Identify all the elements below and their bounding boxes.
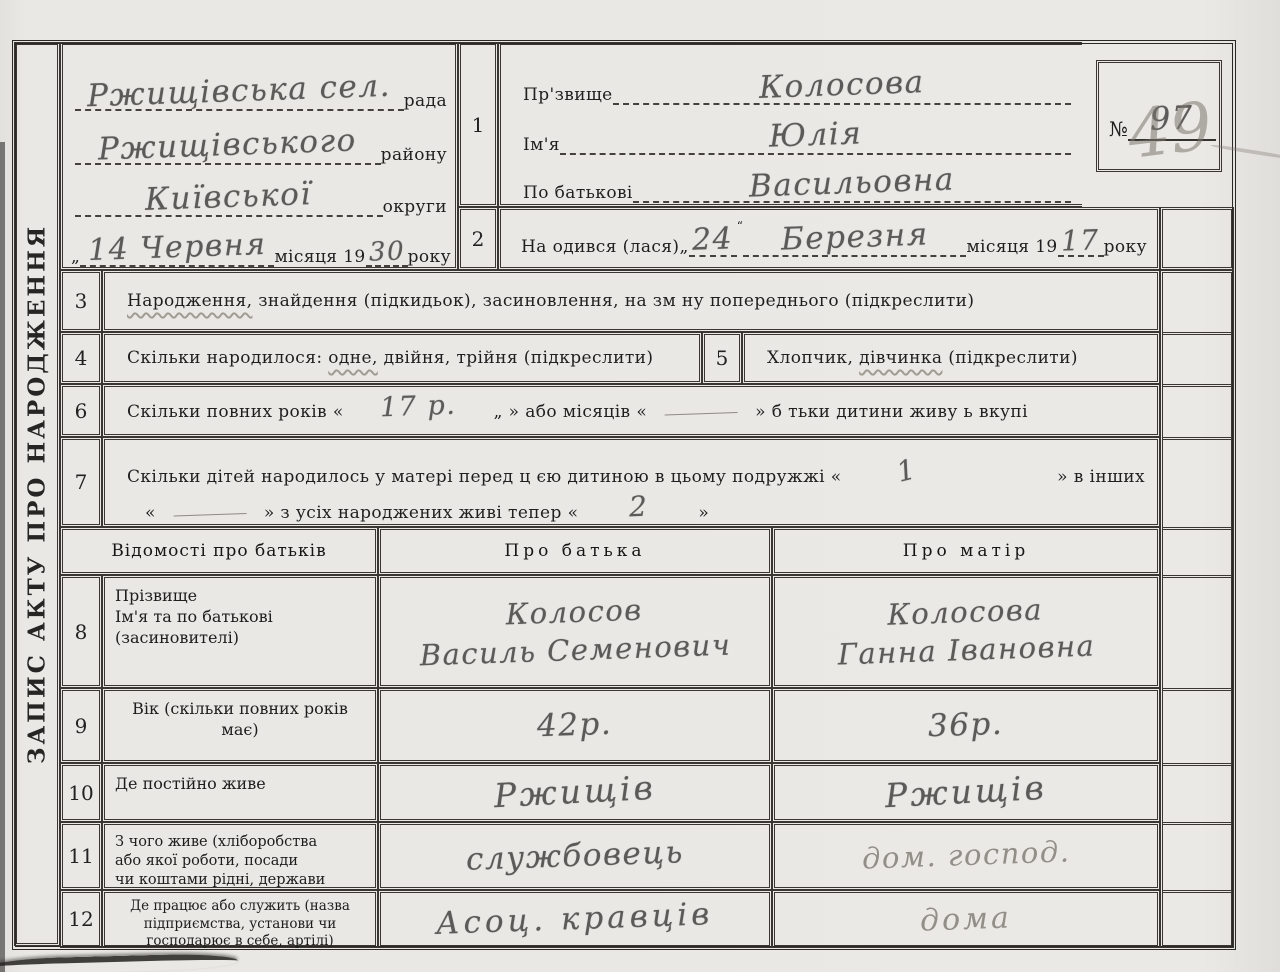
how-many-born-underlined: одне,: [328, 348, 378, 368]
occupation-label: З чого живе (хліборобства або якої робот…: [102, 822, 378, 890]
row-number-3: 3: [60, 270, 102, 332]
council-name-line: Ржищівська сел.: [75, 73, 404, 111]
birth-day-blank: 24: [689, 225, 737, 257]
birth-record-sheet: ЗАПИС АКТУ ПРО НАРОДЖЕННЯ Ржищівська сел…: [0, 0, 1280, 972]
birth-date-row: На одився (лася) „ 24 “ Березня місяця 1…: [498, 207, 1160, 270]
council-name-handwriting: Ржищівська сел.: [87, 68, 392, 115]
row-number-8: 8: [60, 575, 102, 688]
mother-workplace-handwriting: дома: [919, 898, 1012, 940]
birth-type-row: Народження, знайдення (підкидьок), засин…: [102, 270, 1160, 332]
row-number-2: 2: [458, 207, 498, 270]
mother-residence-cell: Ржищів: [772, 763, 1160, 822]
parents-name-label: Прізвище Ім'я та по батькові (засиновите…: [102, 575, 378, 688]
surname-field: Пр'звище Колосова: [523, 59, 1071, 105]
month-19-label: місяця 19: [274, 247, 365, 267]
birth-month-line: Березня: [743, 219, 966, 257]
row-number-2-text: 2: [472, 227, 485, 251]
birth-type-text: Народження, знайдення (підкидьок), засин…: [127, 291, 974, 311]
district-label: району: [381, 145, 447, 165]
record-date-handwriting: 14 Червня: [88, 227, 268, 268]
prev-value3-handwriting: 2: [628, 490, 648, 524]
father-age-handwriting: 42р.: [537, 704, 614, 747]
birth-month-handwriting: Березня: [780, 216, 929, 257]
okruga-label: округи: [383, 197, 447, 217]
firstname-label: Ім'я: [523, 135, 560, 155]
row-number-11-text: 11: [68, 844, 93, 868]
row-number-3-text: 3: [75, 289, 88, 313]
years-part2: „ » або місяців «: [494, 402, 647, 422]
row-number-4-text: 4: [75, 346, 88, 370]
scan-edge-shadow: [0, 142, 5, 972]
prev-part2: » в інших: [1057, 467, 1145, 487]
ink-smudge: [0, 953, 238, 972]
row-number-6: 6: [60, 384, 102, 437]
grid-line: [1163, 575, 1231, 578]
father-age-cell: 42р.: [378, 688, 772, 763]
mother-age-cell: 36р.: [772, 688, 1160, 763]
age-label: Вік (скільки повних років має): [102, 688, 378, 763]
surname-line: Колосова: [613, 67, 1071, 105]
father-column-header: Про батька: [378, 527, 772, 575]
grid-line: [1163, 890, 1231, 893]
okruga-name-handwriting: Київської: [145, 176, 313, 218]
year-blank: 30: [366, 239, 408, 267]
firstname-line: Юлія: [560, 117, 1071, 155]
row-number-11: 11: [60, 822, 102, 890]
birth-date-line: На одився (лася) „ 24 “ Березня місяця 1…: [521, 219, 1147, 257]
record-date-line: 14 Червня: [80, 230, 274, 267]
row-number-5-text: 5: [716, 346, 729, 370]
father-occupation-cell: службовець: [378, 822, 772, 890]
prev-part5: »: [698, 503, 709, 523]
record-number-region: № 97 49: [1082, 42, 1234, 207]
prev-value1-handwriting: 1: [893, 452, 920, 489]
how-many-born-rest: двійня, трійня (підкреслити): [378, 348, 654, 368]
pencil-number-note: 49: [1124, 87, 1217, 174]
child-name-section: Пр'звище Колосова Ім'я Юлія По батькові …: [498, 42, 1082, 207]
years-blank: 17 р.: [344, 391, 494, 422]
number-sign-label: №: [1109, 117, 1128, 141]
mother-name-handwriting: Колосова Ганна Івановна: [836, 589, 1096, 673]
sex-text: Хлопчик, дівчинка (підкреслити): [767, 348, 1078, 368]
father-name-handwriting: Колосов Василь Семенович: [418, 588, 732, 674]
rada-label: рада: [404, 91, 447, 111]
row-number-1: 1: [458, 42, 498, 207]
row-number-7: 7: [60, 437, 102, 527]
mother-workplace-cell: дома: [772, 890, 1160, 948]
sex-underlined: дівчинка: [859, 348, 942, 368]
row-number-7-text: 7: [75, 470, 88, 494]
registration-line-okruga: Київської округи: [75, 167, 447, 217]
parents-info-header: Відомості про батьків: [60, 527, 378, 575]
father-name-cell: Колосов Василь Семенович: [378, 575, 772, 688]
parents-years-together-row: Скільки повних років « 17 р. „ » або міс…: [102, 384, 1160, 437]
born-label: На одився (лася): [521, 237, 679, 257]
row-number-12: 12: [60, 890, 102, 948]
prev-part4: » з усіх народжених живі тепер «: [264, 503, 579, 523]
page-title: ЗАПИС АКТУ ПРО НАРОДЖЕННЯ: [24, 224, 51, 764]
patronymic-label: По батькові: [523, 183, 633, 203]
row-number-1-text: 1: [472, 113, 485, 137]
row-number-12-text: 12: [68, 907, 93, 931]
mother-occupation-cell: дом. господ.: [772, 822, 1160, 890]
row-number-10: 10: [60, 763, 102, 822]
father-workplace-handwriting: Асоц. кравців: [436, 894, 715, 944]
workplace-label: Де працює або служить (назва підприємств…: [102, 890, 378, 948]
sex-prefix: Хлопчик,: [767, 348, 859, 368]
patronymic-line: Васильовна: [633, 165, 1071, 203]
prev-part1: Скільки дітей народилось у матері перед …: [127, 467, 842, 487]
mother-column-header: Про матір: [772, 527, 1160, 575]
previous-children-line1: Скільки дітей народилось у матері перед …: [127, 454, 1145, 487]
birth-type-underlined: Народження,: [127, 291, 252, 311]
previous-children-line2: « — » з усіх народжених живі тепер « 2 »: [145, 490, 1145, 523]
mother-age-handwriting: 36р.: [928, 704, 1005, 747]
surname-handwriting: Колосова: [758, 64, 925, 106]
surname-label: Пр'звище: [523, 85, 613, 105]
birth-month-19-label: місяця 19: [966, 237, 1057, 257]
grid-line: [1163, 332, 1231, 335]
how-many-born-text: Скільки народилося: одне, двійня, трійня…: [127, 348, 653, 368]
sex-rest: (підкреслити): [942, 348, 1077, 368]
open-quote: „: [71, 247, 80, 267]
row-number-6-text: 6: [75, 399, 88, 423]
firstname-field: Ім'я Юлія: [523, 109, 1071, 155]
father-occupation-handwriting: службовець: [465, 832, 684, 880]
row-number-10-text: 10: [68, 781, 93, 805]
firstname-handwriting: Юлія: [768, 115, 862, 154]
patronymic-field: По батькові Васильовна: [523, 157, 1071, 203]
mother-occupation-handwriting: дом. господ.: [861, 834, 1071, 879]
grid-line: [1163, 763, 1231, 766]
residence-label: Де постійно живе: [102, 763, 378, 822]
birth-year-blank: 17: [1058, 227, 1104, 257]
previous-children-row: Скільки дітей народилось у матері перед …: [102, 437, 1160, 527]
row-number-8-text: 8: [75, 620, 88, 644]
grid-line: [1163, 822, 1231, 825]
birth-year-handwriting: 17: [1061, 226, 1101, 255]
district-name-handwriting: Ржищівського: [98, 122, 358, 167]
how-many-born-prefix: Скільки народилося:: [127, 348, 328, 368]
father-residence-cell: Ржищів: [378, 763, 772, 822]
registration-section: Ржищівська сел. рада Ржищівського району…: [60, 42, 458, 270]
sex-row: Хлопчик, дівчинка (підкреслити): [742, 332, 1160, 384]
birth-open-quote: „: [679, 237, 688, 257]
row-number-9-text: 9: [75, 714, 88, 738]
years-handwriting: 17 р.: [380, 390, 457, 424]
father-column-header-text: Про батька: [504, 541, 645, 561]
vertical-title-band: ЗАПИС АКТУ ПРО НАРОДЖЕННЯ: [14, 42, 60, 946]
roku-label: року: [408, 247, 451, 267]
district-name-line: Ржищівського: [75, 127, 381, 165]
grid-line: [1163, 437, 1231, 440]
record-year-handwriting: 30: [368, 238, 405, 265]
registration-line-date: „ 14 Червня місяця 19 30 року: [71, 217, 451, 267]
how-many-born-row: Скільки народилося: одне, двійня, трійня…: [102, 332, 702, 384]
years-part1: Скільки повних років «: [127, 402, 344, 422]
birth-day-handwriting: 24: [692, 224, 734, 255]
months-blank-dash: —: [661, 402, 742, 424]
parents-years-line: Скільки повних років « 17 р. „ » або міс…: [127, 391, 1147, 422]
grid-line: [1163, 384, 1231, 387]
father-workplace-cell: Асоц. кравців: [378, 890, 772, 948]
mother-column-header-text: Про матір: [903, 541, 1029, 561]
registration-line-rada: Ржищівська сел. рада: [75, 59, 447, 111]
years-part3: » б тьки дитини живу ь вкупі: [755, 402, 1028, 422]
row-number-9: 9: [60, 688, 102, 763]
birth-type-rest: знайдення (підкидьок), засиновлення, на …: [252, 291, 974, 311]
prev-blank1: 1: [842, 454, 972, 487]
grid-line: [1163, 527, 1231, 530]
mother-name-cell: Колосова Ганна Івановна: [772, 575, 1160, 688]
parents-info-header-text: Відомості про батьків: [111, 541, 326, 561]
father-residence-handwriting: Ржищів: [493, 767, 657, 818]
prev-blank-dash: —: [170, 503, 251, 525]
grid-line: [1163, 688, 1231, 691]
prev-part3: «: [145, 503, 156, 523]
registration-line-district: Ржищівського району: [75, 113, 447, 165]
row-number-4: 4: [60, 332, 102, 384]
okruga-name-line: Київської: [75, 179, 383, 217]
empty-side-cell: [1160, 207, 1234, 270]
right-margin-column: [1160, 270, 1234, 948]
patronymic-handwriting: Васильовна: [748, 161, 955, 204]
mother-residence-handwriting: Ржищів: [884, 767, 1048, 818]
prev-blank3: 2: [578, 490, 698, 523]
row-number-5: 5: [702, 332, 742, 384]
birth-roku-label: року: [1104, 237, 1147, 257]
